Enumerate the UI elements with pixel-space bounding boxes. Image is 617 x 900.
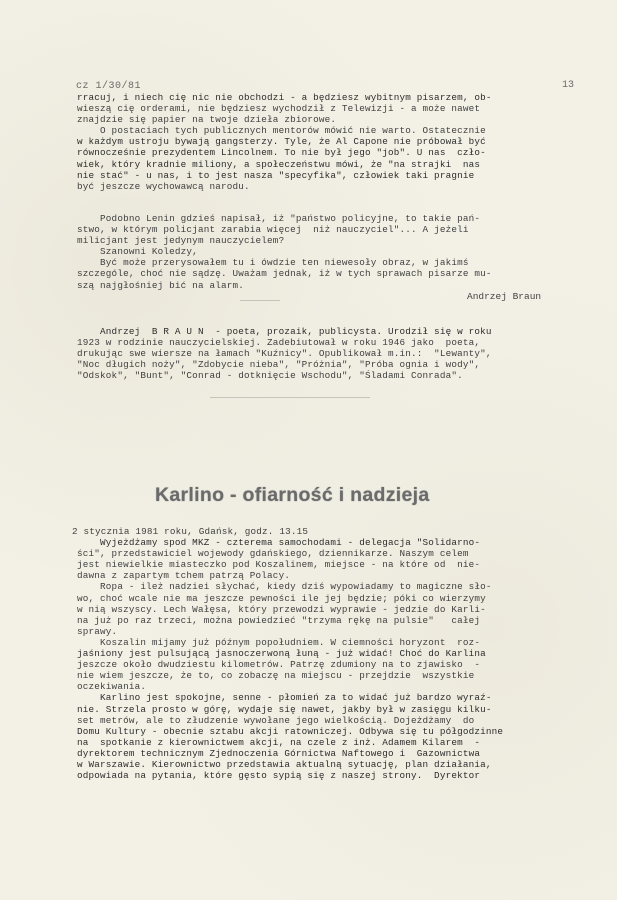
text-line: jaśniony jest pulsującą jasnoczerwoną łu… [77,648,567,659]
text-line: set metrów, ale to złudzenie wywołane je… [77,715,567,726]
article-body: 2 stycznia 1981 roku, Gdańsk, godz. 13.1… [77,526,567,781]
text-line: dyrektorem technicznym Zjednoczenia Górn… [77,748,567,759]
text-line: Andrzej B R A U N - poeta, prozaik, publ… [77,326,567,337]
scanned-typescript-page: cz 1/30/81 13 rracuj, i niech cię nic ni… [0,0,617,900]
text-line: oczekiwania. [77,681,567,692]
issue-reference: cz 1/30/81 [76,81,141,92]
text-line: Być może przerysowałem tu i ówdzie ten n… [77,257,567,268]
article-title: Karlino - ofiarność i nadzieja [155,484,485,507]
text-line: nie stać" - u nas, i to jest nasza "spec… [77,170,567,181]
text-line: w każdym ustroju bywają gangsterzy. Tyle… [77,136,567,147]
text-line: znajdzie się papier na twoje dzieła zbio… [77,114,567,125]
essay-continuation: rracuj, i niech cię nic nie obchodzi - a… [77,92,567,192]
text-line: dawna z zapartym tchem patrzą Polacy. [77,570,567,581]
text-line: nie wiem jeszcze, że to, co zobaczę na m… [77,670,567,681]
text-line: równocześnie prezydentem Lincolnem. To n… [77,147,567,158]
text-line: sprawy. [77,626,567,637]
text-line: być jeszcze wychowawcą narodu. [77,181,567,192]
text-line: wo, choć wcale nie ma jeszcze pewności i… [77,593,567,604]
text-line: wiek, który kradnie miliony, a społeczeń… [77,159,567,170]
author-signature: Andrzej Braun [467,291,541,302]
text-line: "Odskok", "Bunt", "Conrad - dotknięcie W… [77,370,567,381]
text-line: Wyjeżdżamy spod MKZ - czterema samochoda… [77,537,567,548]
text-line: Ropa - ileż nadziei słychać, kiedy dziś … [77,581,567,592]
text-line: na już po raz trzeci, można powiedzieć "… [77,615,567,626]
divider [210,397,370,398]
text-line: jest niewielkie miasteczko pod Koszaline… [77,559,567,570]
text-line: stwo, w którym policjant zarabia więcej … [77,224,567,235]
text-line: Koszalin mijamy już późnym popołudniem. … [77,637,567,648]
text-line: jeszcze około dwudziestu kilometrów. Pat… [77,659,567,670]
text-line: Podobno Lenin gdzieś napisał, iż "państw… [77,213,567,224]
text-line: szczególe, choć nie sądzę. Uważam jednak… [77,268,567,279]
text-line: rracuj, i niech cię nic nie obchodzi - a… [77,92,567,103]
text-line: "Noc długich noży", "Zdobycie nieba", "P… [77,359,567,370]
text-line: szą najgłośniej bić na alarm. [77,280,567,291]
author-bio: Andrzej B R A U N - poeta, prozaik, publ… [77,326,567,381]
text-line: wieszą cię orderami, nie będziesz wychod… [77,103,567,114]
divider [240,300,280,301]
text-line: Szanowni Koledzy, [77,246,567,257]
text-line: na spotkanie z kierownictwem akcji, na c… [77,737,567,748]
text-line: Karlino jest spokojne, senne - płomień z… [77,692,567,703]
article-dateline: 2 stycznia 1981 roku, Gdańsk, godz. 13.1… [72,526,567,537]
text-line: w Warszawie. Kierownictwo przedstawia ak… [77,759,567,770]
text-line: Domu Kultury - obecnie sztabu akcji rato… [77,726,567,737]
text-line: milicjant jest jedynym nauczycielem? [77,235,567,246]
text-line: nie. Strzela prosto w górę, wydaje się n… [77,704,567,715]
text-line: 1923 w rodzinie nauczycielskiej. Zadebiu… [77,337,567,348]
essay-conclusion: Podobno Lenin gdzieś napisał, iż "państw… [77,213,567,291]
text-line: odpowiada na pytania, które gęsto sypią … [77,770,567,781]
text-line: drukując swe wiersze na łamach "Kuźnicy"… [77,348,567,359]
text-line: ści", przedstawiciel wojewody gdańskiego… [77,548,567,559]
page-number: 13 [562,80,574,91]
text-line: w nią wszyscy. Lech Wałęsa, który przewo… [77,604,567,615]
text-line: O postaciach tych publicznych mentorów m… [77,125,567,136]
